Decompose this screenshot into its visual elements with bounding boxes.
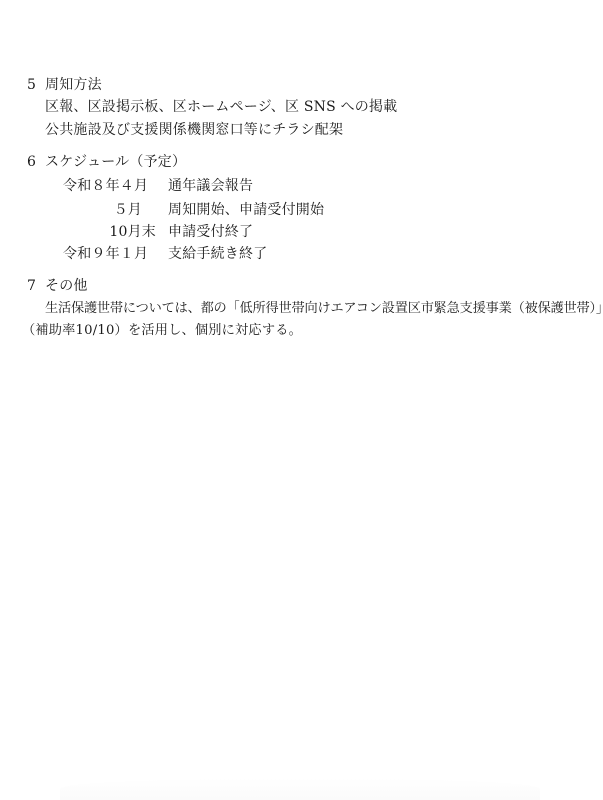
schedule-description: 支給手続き終了 [168, 245, 267, 263]
section-title: 周知方法 [45, 76, 102, 94]
document-page: 5 周知方法 区報、区設掲示板、区ホームページ、区 SNS への掲載 公共施設及… [0, 0, 603, 800]
other-paragraph-line: 生活保護世帯については、都の「低所得世帯向けエアコン設置区市緊急支援事業（被保護… [32, 300, 603, 318]
schedule-date: ５月 [63, 201, 142, 219]
page-bottom-shadow [60, 778, 540, 800]
schedule-description: 周知開始、申請受付開始 [168, 201, 324, 219]
schedule-description: 申請受付終了 [168, 223, 253, 241]
section-number: 7 [27, 277, 41, 295]
notice-method-line: 公共施設及び支援関係機関窓口等にチラシ配架 [45, 121, 343, 139]
other-paragraph-line: （補助率10/10）を活用し、個別に対応する。 [22, 322, 302, 340]
schedule-date: 10月末 [63, 223, 156, 241]
schedule-date: 令和９年１月 [63, 245, 155, 263]
section-number: 5 [27, 76, 41, 94]
section-title: スケジュール（予定） [45, 153, 186, 171]
schedule-description: 通年議会報告 [168, 177, 253, 195]
schedule-date: 令和８年４月 [63, 177, 155, 195]
notice-method-line: 区報、区設掲示板、区ホームページ、区 SNS への掲載 [45, 98, 397, 116]
section-title: その他 [45, 277, 88, 295]
section-number: 6 [27, 153, 41, 171]
